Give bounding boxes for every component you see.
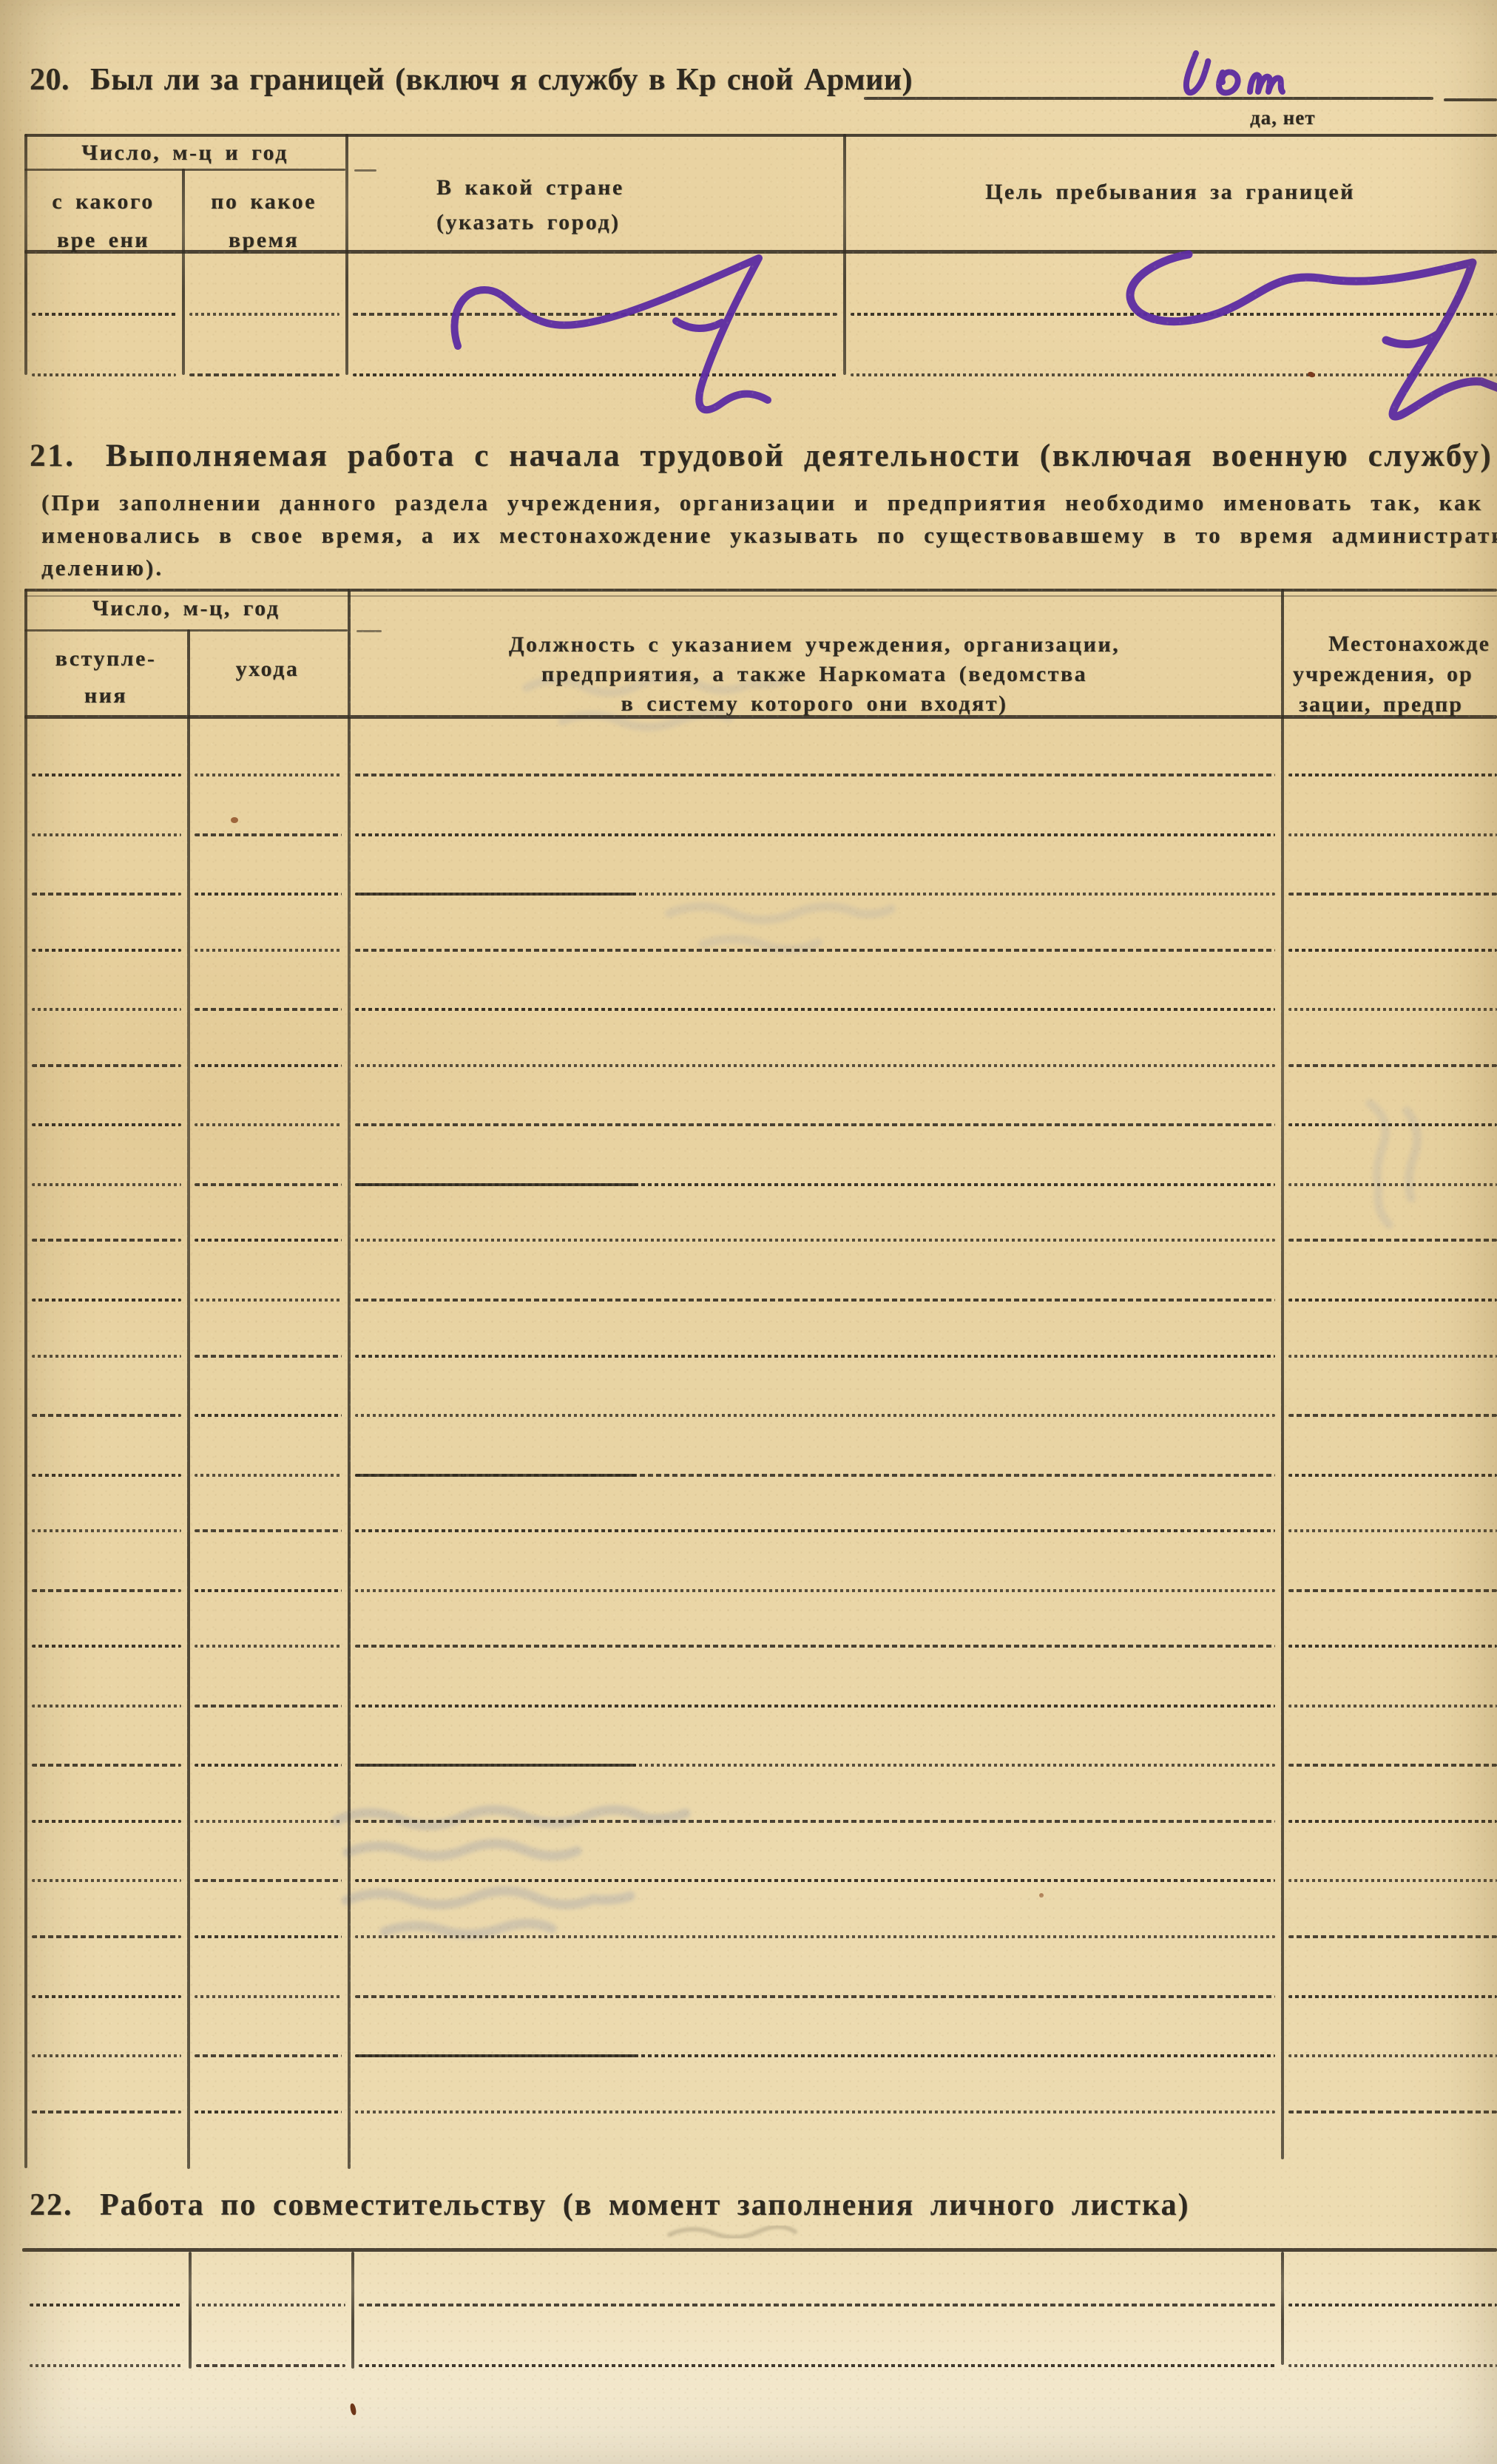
purple-ink-overlay [0,0,1497,2464]
strike-mark-purpose-column [1130,254,1497,416]
strike-mark-country-column [454,258,768,410]
handwritten-net-answer [1186,53,1283,92]
scanned-form-page: 20. Был ли за границей (включ я службу в… [0,0,1497,2464]
